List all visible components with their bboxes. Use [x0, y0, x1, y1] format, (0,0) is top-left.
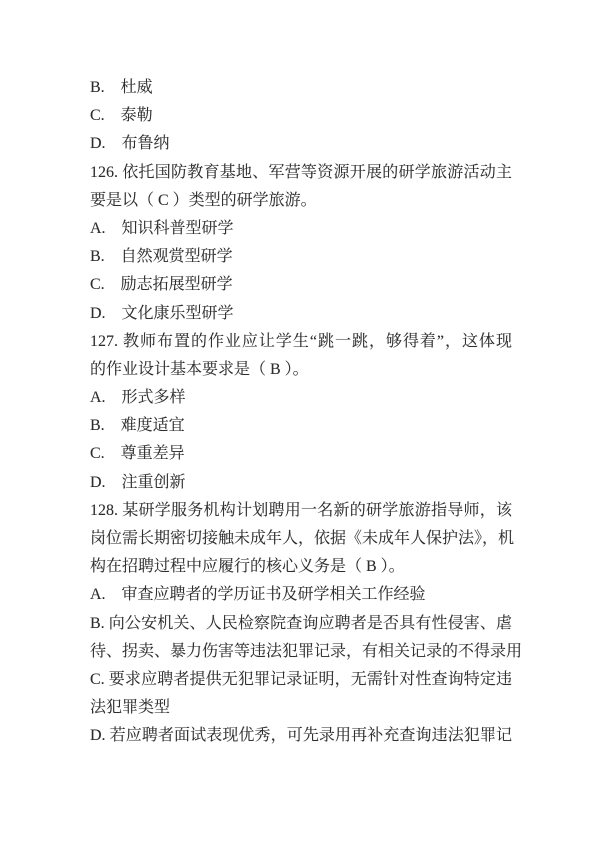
option-text-line: A. 形式多样 — [90, 384, 512, 412]
option-text-line: C. 泰勒 — [90, 102, 512, 130]
question-text-block: B. 杜威 C. 泰勒 D. 布鲁纳 126. 依托国防教育基地、军营等资源开展… — [90, 74, 512, 751]
option-text-line: D. 文化康乐型研学 — [90, 300, 512, 328]
question-text-line: 岗位需长期密切接触未成年人，依据《未成年人保护法》，机 — [90, 525, 512, 553]
option-text-line: D. 注重创新 — [90, 469, 512, 497]
option-text-line: A. 审查应聘者的学历证书及研学相关工作经验 — [90, 581, 512, 609]
option-text-line: B. 杜威 — [90, 74, 512, 102]
question-text-line: 的作业设计基本要求是（ B ）。 — [90, 356, 512, 384]
question-text-line: 构在招聘过程中应履行的核心义务是（ B ）。 — [90, 553, 512, 581]
option-text-line: C. 励志拓展型研学 — [90, 271, 512, 299]
option-text-line: D. 布鲁纳 — [90, 130, 512, 158]
option-text-line: 待、拐卖、暴力伤害等违法犯罪记录，有相关记录的不得录用 — [90, 638, 512, 666]
option-text-line: B. 自然观赏型研学 — [90, 243, 512, 271]
option-text-line: C. 要求应聘者提供无犯罪记录证明，无需针对性查询特定违 — [90, 666, 512, 694]
question-text-line: 要是以（ C ）类型的研学旅游。 — [90, 187, 512, 215]
option-text-line: 法犯罪类型 — [90, 694, 512, 722]
option-text-line: B. 难度适宜 — [90, 412, 512, 440]
option-text-line: C. 尊重差异 — [90, 440, 512, 468]
option-text-line: D. 若应聘者面试表现优秀，可先录用再补充查询违法犯罪记 — [90, 722, 512, 750]
question-text-line: 128. 某研学服务机构计划聘用一名新的研学旅游指导师，该 — [90, 497, 512, 525]
option-text-line: B. 向公安机关、人民检察院查询应聘者是否具有性侵害、虐 — [90, 610, 512, 638]
question-text-line: 127. 教师布置的作业应让学生“跳一跳，够得着”，这体现 — [90, 328, 512, 356]
question-text-line: 126. 依托国防教育基地、军营等资源开展的研学旅游活动主 — [90, 159, 512, 187]
scanned-exam-page: B. 杜威 C. 泰勒 D. 布鲁纳 126. 依托国防教育基地、军营等资源开展… — [0, 0, 600, 849]
option-text-line: A. 知识科普型研学 — [90, 215, 512, 243]
